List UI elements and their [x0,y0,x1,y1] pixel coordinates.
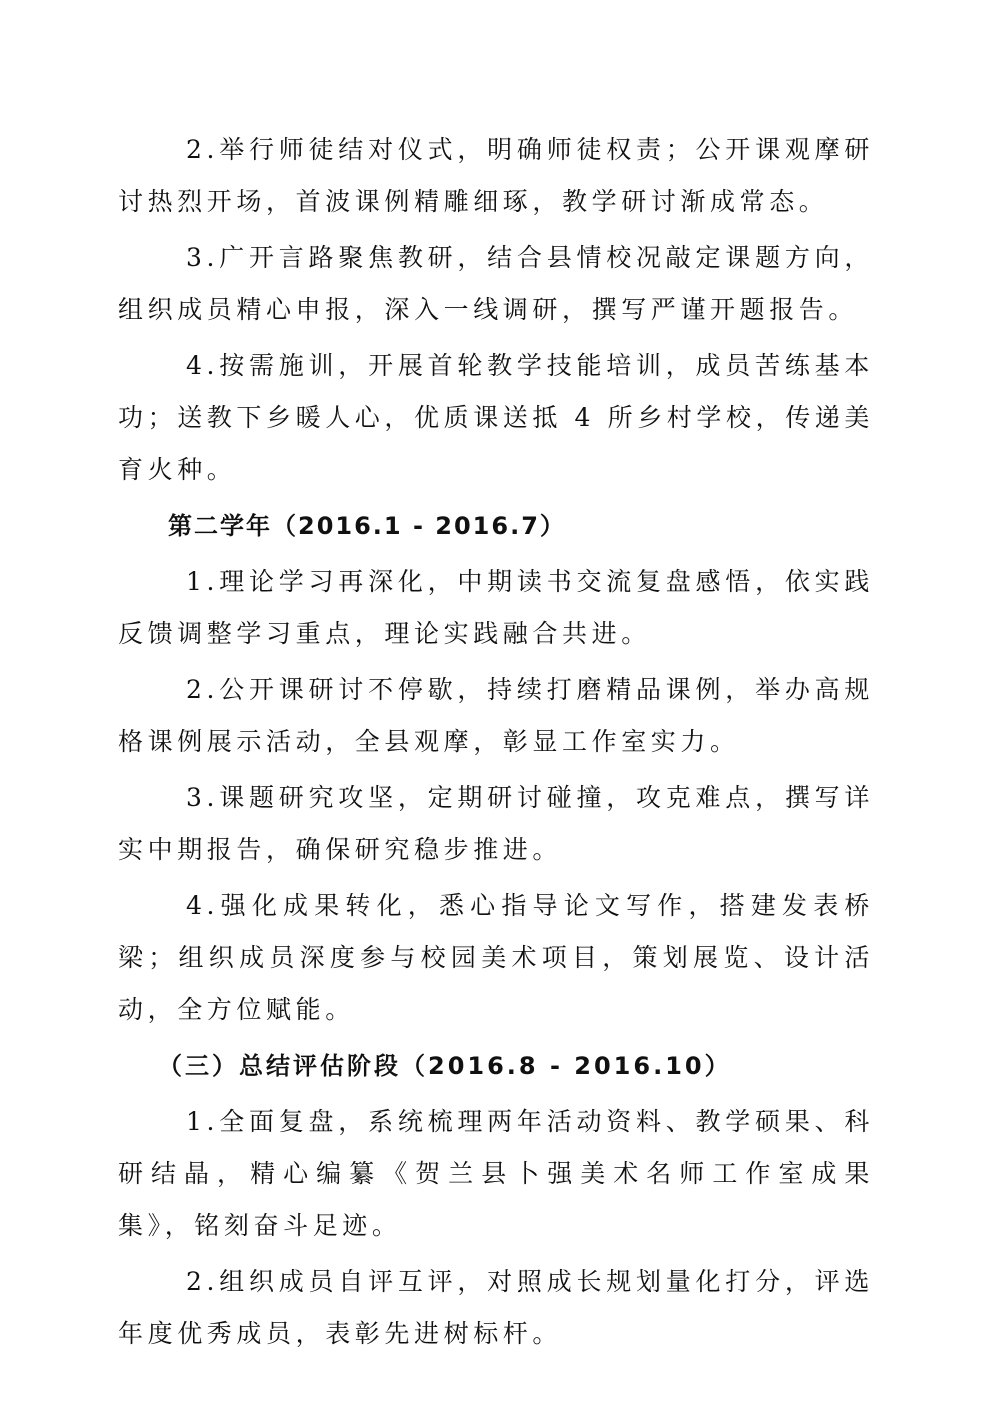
paragraph-skills-training: 4.按需施训，开展首轮教学技能培训，成员苦练基本功；送教下乡暖人心，优质课送抵 … [118,340,874,496]
paragraph-mentorship-ceremony: 2.举行师徒结对仪式，明确师徒权责；公开课观摩研讨热烈开场，首波课例精雕细琢，教… [118,124,874,228]
paragraph-research-topic: 3.广开言路聚焦教研，结合县情校况敲定课题方向，组织成员精心申报，深入一线调研，… [118,232,874,336]
paragraph-results-transformation: 4.强化成果转化，悉心指导论文写作，搭建发表桥梁；组织成员深度参与校园美术项目，… [118,880,874,1036]
section-heading-summary-stage: （三）总结评估阶段（2016.8 - 2016.10） [118,1040,874,1092]
paragraph-member-evaluation: 2.组织成员自评互评，对照成长规划量化打分，评选年度优秀成员，表彰先进树标杆。 [118,1256,874,1360]
section-heading-second-year: 第二学年（2016.1 - 2016.7） [118,500,874,552]
paragraph-research-midterm: 3.课题研究攻坚，定期研讨碰撞，攻克难点，撰写详实中期报告，确保研究稳步推进。 [118,772,874,876]
paragraph-comprehensive-review: 1.全面复盘，系统梳理两年活动资料、教学硕果、科研结晶，精心编纂《贺兰县卜强美术… [118,1096,874,1252]
paragraph-theory-study: 1.理论学习再深化，中期读书交流复盘感悟，依实践反馈调整学习重点，理论实践融合共… [118,556,874,660]
paragraph-open-class: 2.公开课研讨不停歇，持续打磨精品课例，举办高规格课例展示活动，全县观摩，彰显工… [118,664,874,768]
document-page: 2.举行师徒结对仪式，明确师徒权责；公开课观摩研讨热烈开场，首波课例精雕细琢，教… [118,124,874,1364]
